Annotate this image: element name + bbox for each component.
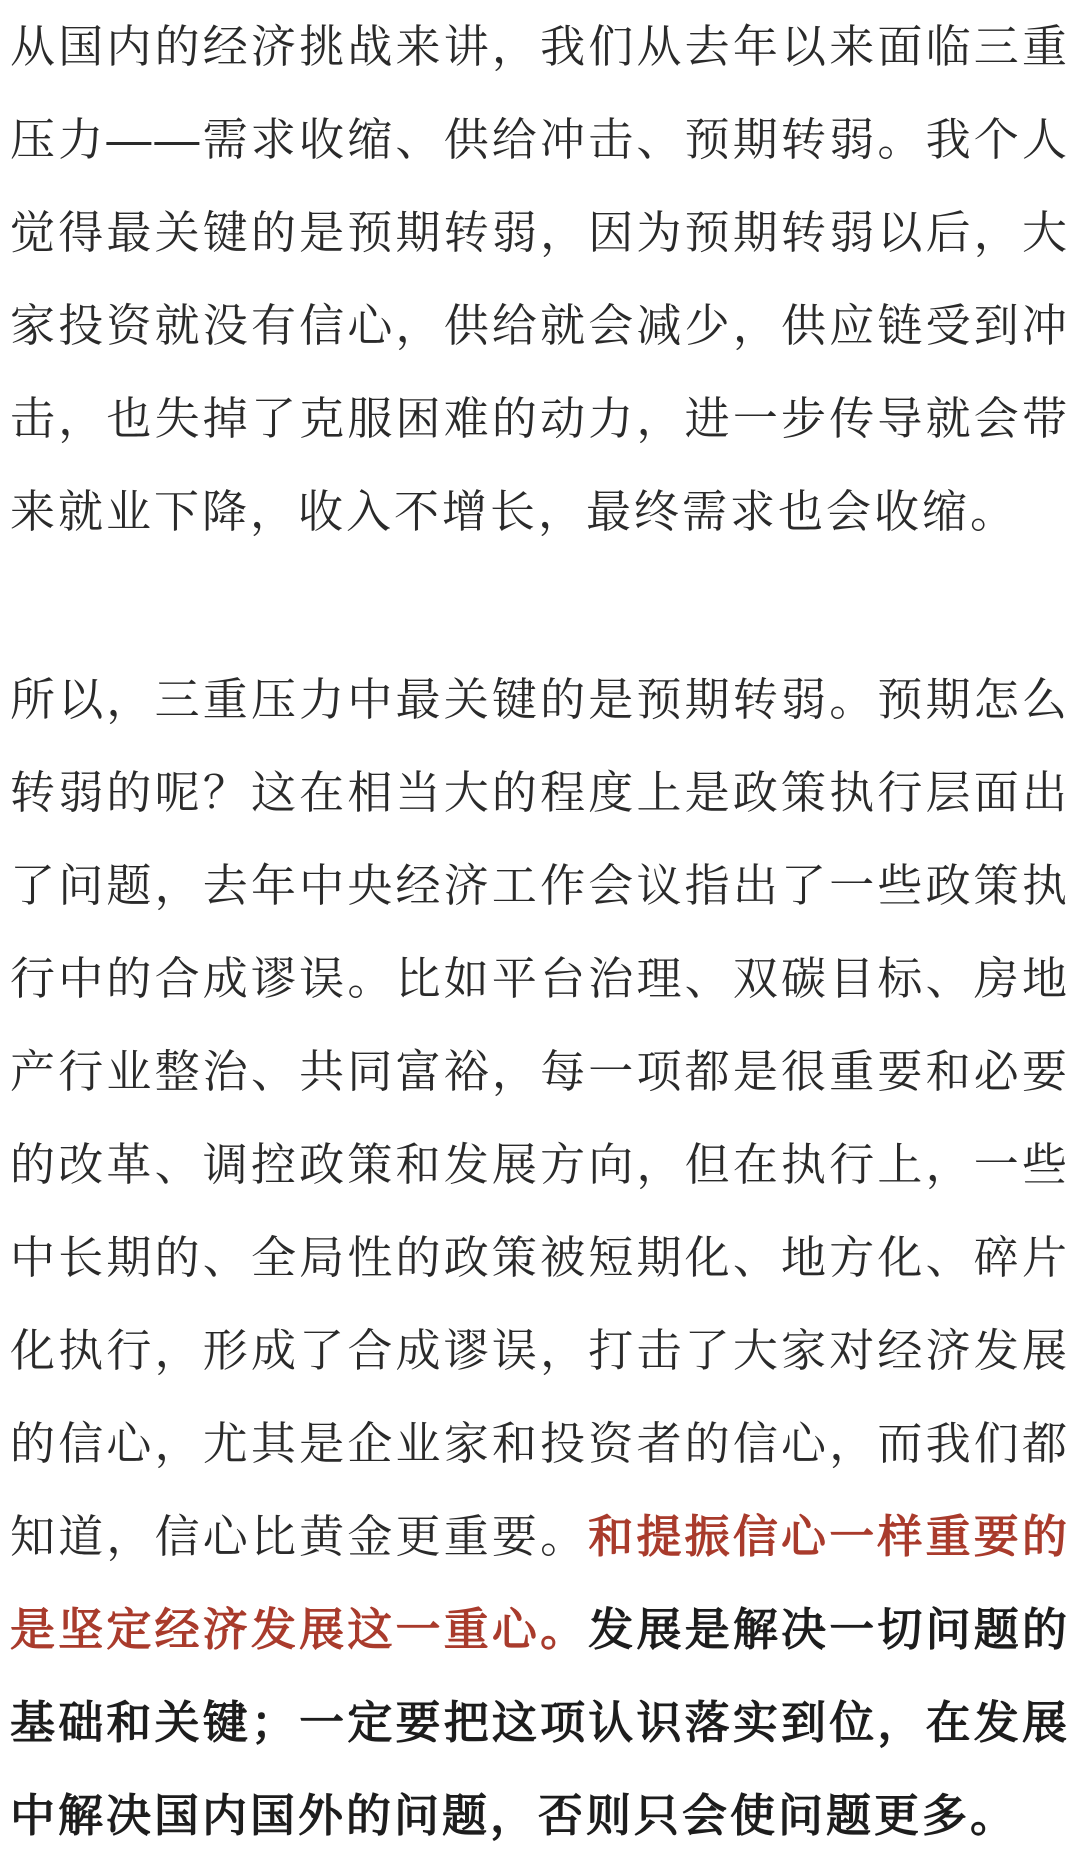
article-body: 从国内的经济挑战来讲，我们从去年以来面临三重压力——需求收缩、供给冲击、预期转弱… — [10, 0, 1070, 1861]
article-page: 从国内的经济挑战来讲，我们从去年以来面临三重压力——需求收缩、供给冲击、预期转弱… — [0, 0, 1080, 1861]
paragraph-1-text: 从国内的经济挑战来讲，我们从去年以来面临三重压力——需求收缩、供给冲击、预期转弱… — [10, 21, 1070, 537]
paragraph-domestic-challenges: 从国内的经济挑战来讲，我们从去年以来面临三重压力——需求收缩、供给冲击、预期转弱… — [10, 0, 1070, 558]
paragraph-2-normal-text: 所以，三重压力中最关键的是预期转弱。预期怎么转弱的呢？这在相当大的程度上是政策执… — [10, 674, 1070, 1562]
paragraph-expectation-weakening: 所以，三重压力中最关键的是预期转弱。预期怎么转弱的呢？这在相当大的程度上是政策执… — [10, 653, 1070, 1861]
